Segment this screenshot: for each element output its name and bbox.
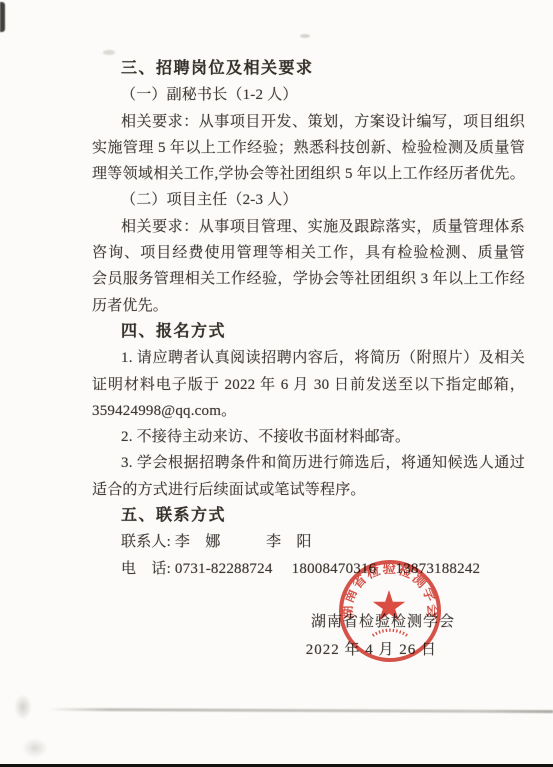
text-line: （二）项目主任（2-3 人） [92, 187, 525, 213]
page-fold-shadow [48, 708, 553, 713]
scan-speck [103, 50, 115, 55]
scan-smudge [14, 694, 32, 720]
scan-edge-mark [0, 2, 5, 32]
text-line: 电 话: 0731-82288724 18008470316 138731882… [92, 556, 525, 582]
text-line: （一）副秘书长（1-2 人） [92, 82, 525, 108]
text-line: 历者优先。 [92, 293, 525, 319]
text-line: 实施管理 5 年以上工作经验；熟悉科技创新、检验检测及质量管 [92, 135, 525, 161]
text-column: 三、招聘岗位及相关要求（一）副秘书长（1-2 人）相关要求：从事项目开发、策划，… [92, 56, 525, 582]
section-heading: 四、报名方式 [92, 319, 525, 345]
text-line: 咨询、项目经费使用管理等相关工作，具有检验检测、质量管理、 [92, 240, 525, 266]
text-line: 联系人: 李 娜 李 阳 [92, 529, 525, 555]
scan-smudge [22, 738, 48, 758]
text-line: 1. 请应聘者认真阅读招聘内容后，将简历（附照片）及相关 [92, 345, 525, 371]
text-line: 相关要求：从事项目管理、实施及跟踪落实，质量管理体系 [92, 214, 525, 240]
text-line: 相关要求：从事项目开发、策划，方案设计编写，项目组织 [92, 109, 525, 135]
scanned-document-page: 三、招聘岗位及相关要求（一）副秘书长（1-2 人）相关要求：从事项目开发、策划，… [0, 0, 553, 767]
text-line: 适合的方式进行后续面试或笔试等程序。 [92, 477, 525, 503]
text-line: 理等领域相关工作,学协会等社团组织 5 年以上工作经历者优先。 [92, 161, 525, 187]
text-line: 证明材料电子版于 2022 年 6 月 30 日前发送至以下指定邮箱， [92, 372, 525, 398]
text-line: 359424998@qq.com。 [92, 398, 525, 424]
text-line: 2. 不接待主动来访、不接收书面材料邮寄。 [92, 424, 525, 450]
signature-date: 2022 年 4 月 26 日 [92, 637, 525, 663]
section-heading: 三、招聘岗位及相关要求 [92, 56, 525, 82]
scan-speck [300, 34, 310, 38]
section-heading: 五、联系方式 [92, 503, 525, 529]
signature-organization: 湖南省检验检测学会 [92, 609, 525, 635]
text-line: 3. 学会根据招聘条件和简历进行筛选后，将通知候选人通过 [92, 450, 525, 476]
text-line: 会员服务管理相关工作经验，学协会等社团组织 3 年以上工作经 [92, 266, 525, 292]
